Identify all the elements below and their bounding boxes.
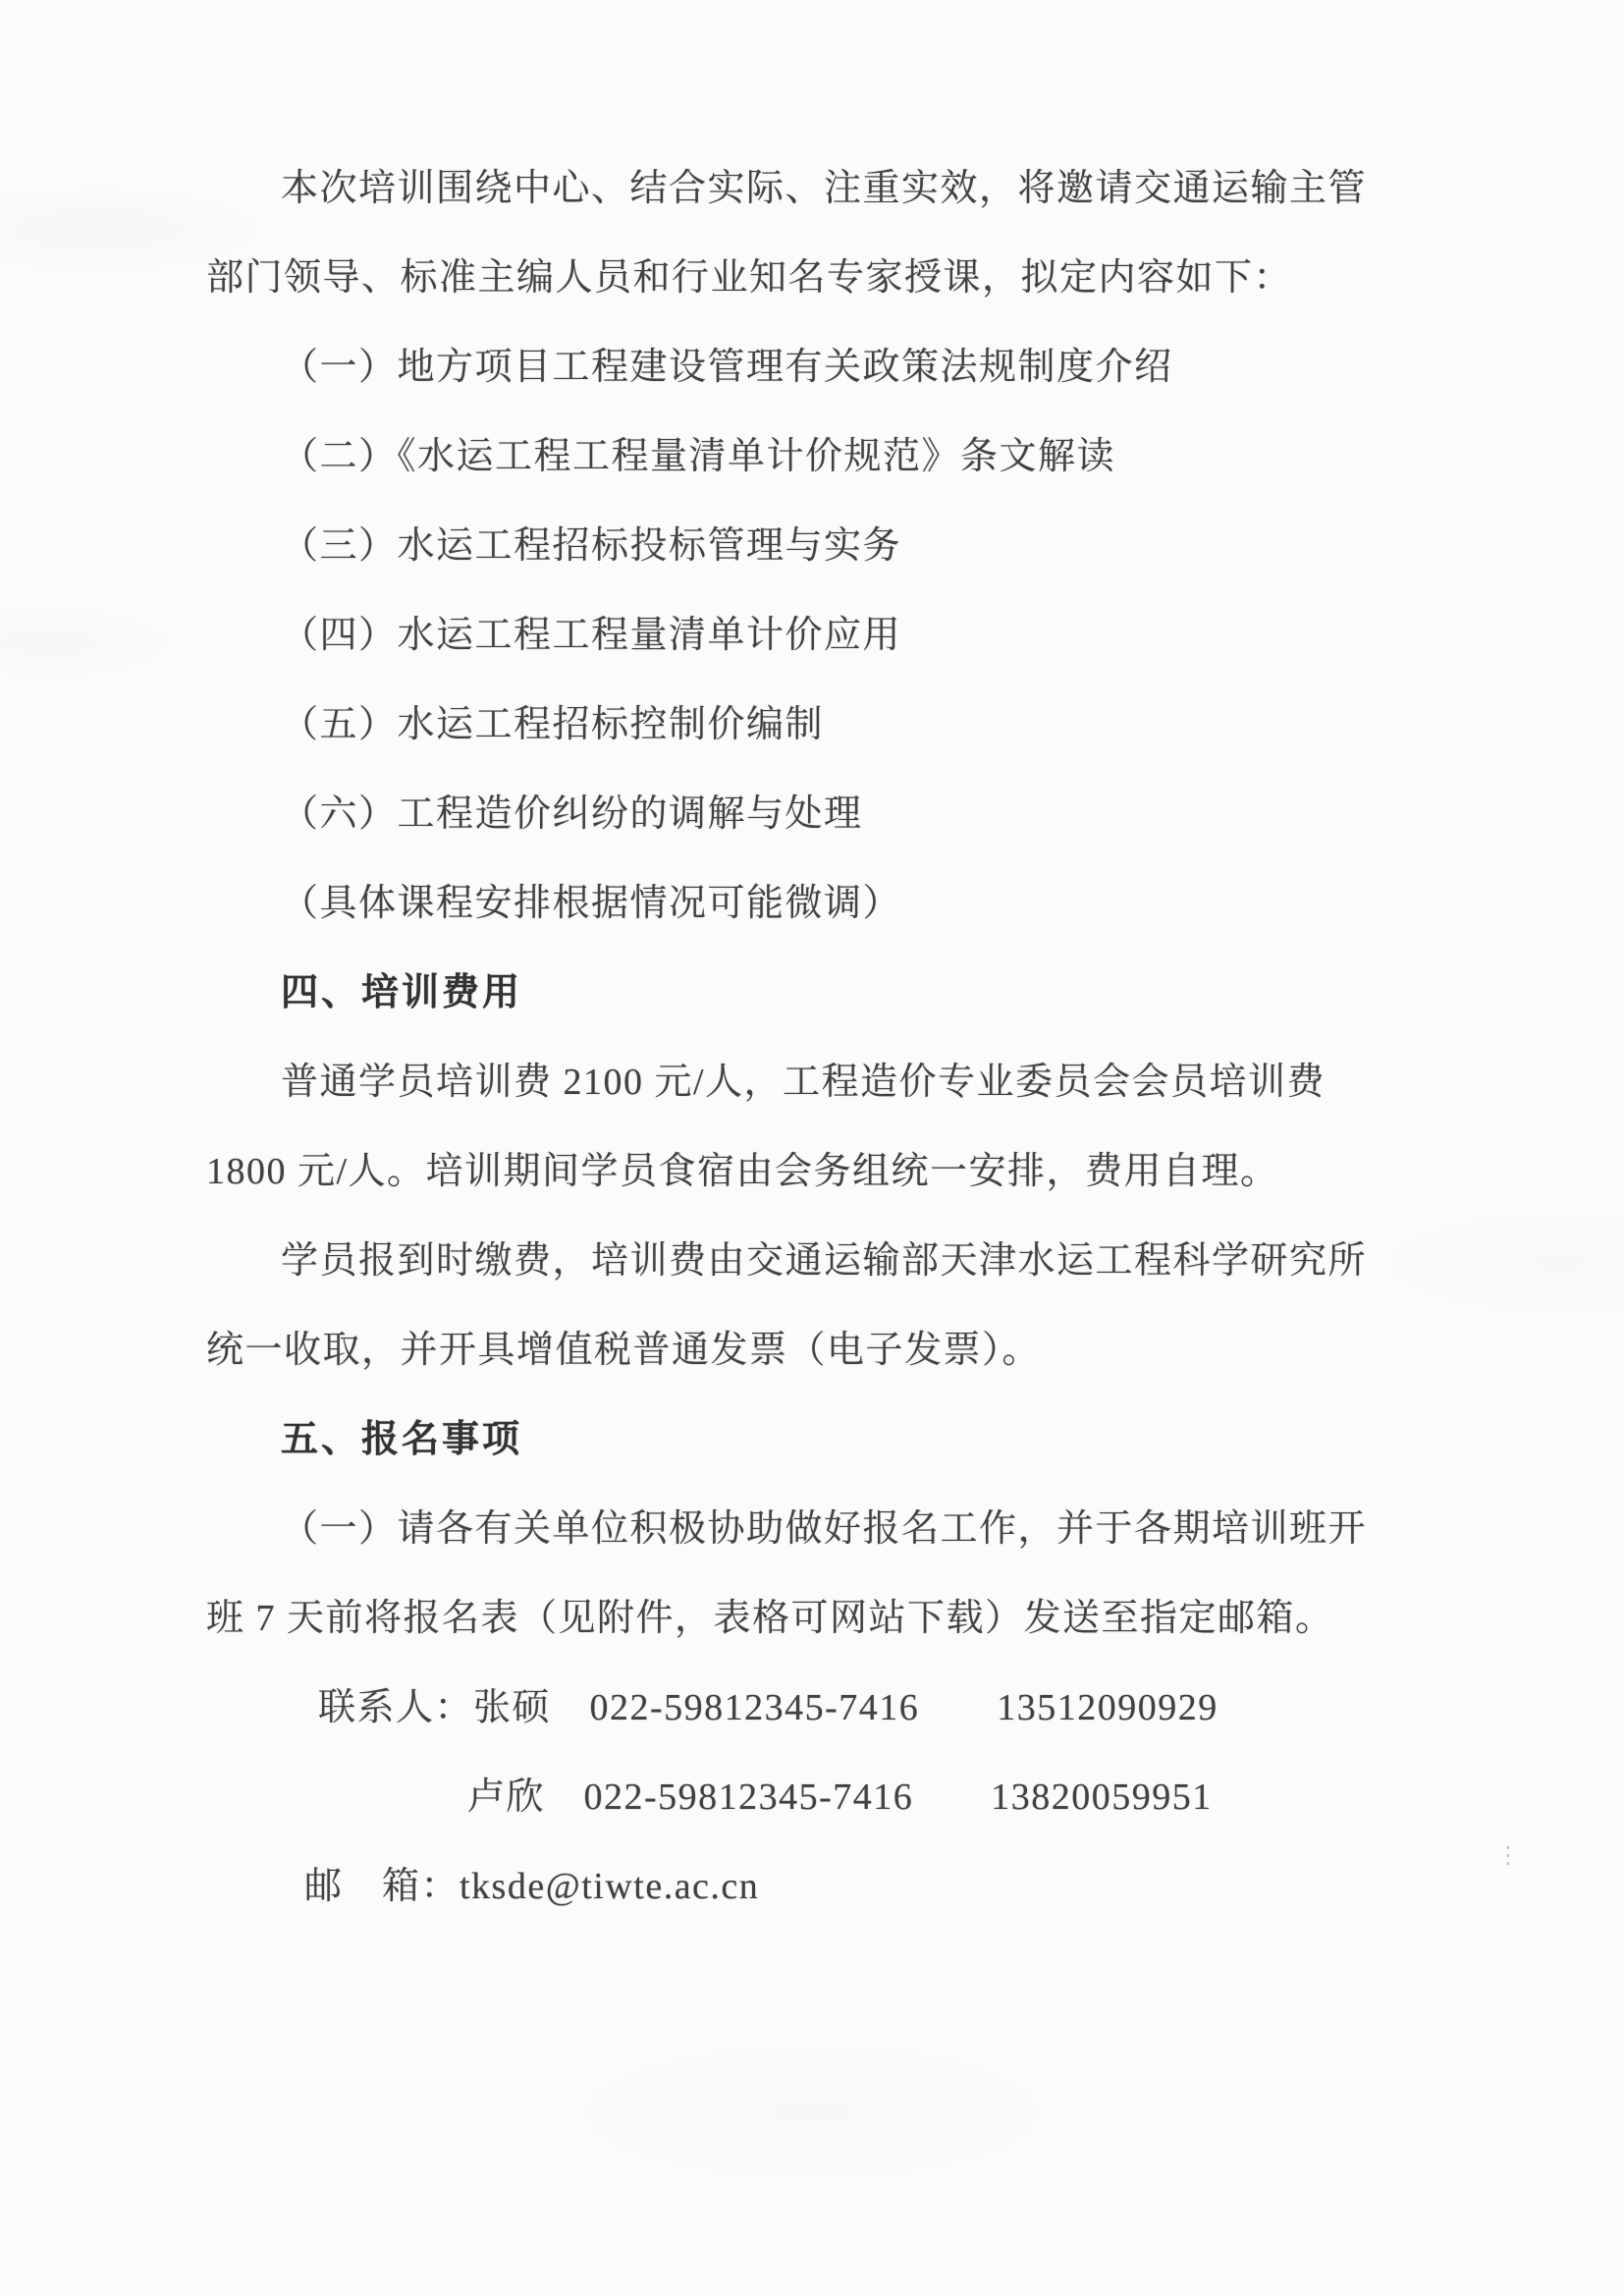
- course-item-6: （六）工程造价纠纷的调解与处理: [206, 770, 1398, 859]
- course-item-1: （一）地方项目工程建设管理有关政策法规制度介绍: [206, 323, 1398, 412]
- signup-line-1: （一）请各有关单位积极协助做好报名工作，并于各期培训班开: [206, 1485, 1398, 1574]
- course-item-4: （四）水运工程工程量清单计价应用: [206, 591, 1398, 681]
- course-note: （具体课程安排根据情况可能微调）: [206, 859, 1398, 949]
- intro-line-1: 本次培训围绕中心、结合实际、注重实效，将邀请交通运输主管: [206, 144, 1398, 234]
- signup-line-2: 班 7 天前将报名表（见附件，表格可网站下载）发送至指定邮箱。: [206, 1574, 1398, 1664]
- scan-noise-dots: ⋮: [1496, 1842, 1510, 1868]
- fee-line-1: 普通学员培训费 2100 元/人，工程造价专业委员会会员培训费: [206, 1038, 1398, 1127]
- document-page: 本次培训围绕中心、结合实际、注重实效，将邀请交通运输主管 部门领导、标准主编人员…: [0, 0, 1624, 2296]
- document-content: 本次培训围绕中心、结合实际、注重实效，将邀请交通运输主管 部门领导、标准主编人员…: [0, 0, 1624, 1932]
- section-heading-fee: 四、培训费用: [206, 949, 1398, 1038]
- course-item-3: （三）水运工程招标投标管理与实务: [206, 502, 1398, 591]
- course-item-2: （二）《水运工程工程量清单计价规范》条文解读: [206, 412, 1398, 502]
- fee-line-3: 学员报到时缴费，培训费由交通运输部天津水运工程科学研究所: [206, 1217, 1398, 1306]
- fee-line-4: 统一收取，并开具增值税普通发票（电子发票）。: [206, 1306, 1398, 1395]
- course-item-5: （五）水运工程招标控制价编制: [206, 681, 1398, 770]
- contact-line-secondary: 卢欣 022-59812345-7416 13820059951: [206, 1753, 1398, 1842]
- contact-line-primary: 联系人：张硕 022-59812345-7416 13512090929: [206, 1664, 1398, 1753]
- intro-line-2: 部门领导、标准主编人员和行业知名专家授课，拟定内容如下：: [206, 234, 1398, 323]
- fee-line-2: 1800 元/人。培训期间学员食宿由会务组统一安排，费用自理。: [206, 1127, 1398, 1217]
- contact-email: 邮 箱：tksde@tiwte.ac.cn: [206, 1842, 1398, 1932]
- section-heading-signup: 五、报名事项: [206, 1395, 1398, 1485]
